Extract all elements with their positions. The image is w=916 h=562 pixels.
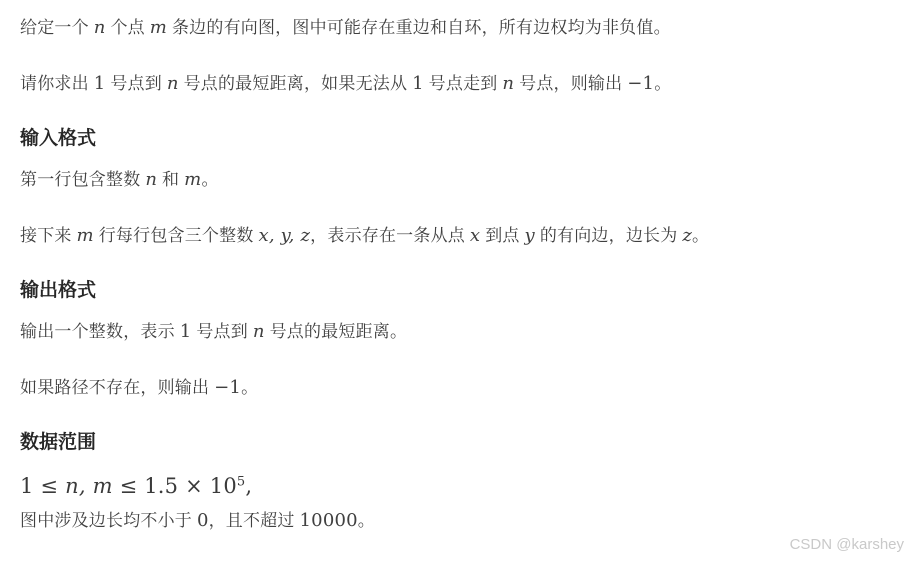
text-segment: 。 [201,170,218,189]
text-segment: n [145,169,157,190]
text-segment: 号点到 [105,74,166,93]
text-segment: 1 ≤ [20,474,65,498]
data-range-formula: 1 ≤ n, m ≤ 1.5 × 105, [20,471,896,502]
text-segment: 1 [412,73,424,94]
text-segment: 第一行包含整数 [20,170,145,189]
text-segment: 号点的最短距离。 [265,322,408,341]
text-segment: 的有向边，边长为 [535,226,682,245]
input-format-paragraph-1: 第一行包含整数 n 和 m。 [20,167,896,193]
input-format-heading: 输入格式 [20,127,896,151]
text-segment: 行每行包含三个整数 [94,226,259,245]
text-segment: n [253,321,265,342]
data-range-heading: 数据范围 [20,431,896,455]
input-format-paragraph-2: 接下来 m 行每行包含三个整数 x, y, z，表示存在一条从点 x 到点 y … [20,223,896,249]
text-segment: 1 [180,321,192,342]
data-range-paragraph: 图中涉及边长均不小于 0，且不超过 10000。 [20,508,896,534]
text-segment: ，表示存在一条从点 [310,226,470,245]
output-format-paragraph-1: 输出一个整数，表示 1 号点到 n 号点的最短距离。 [20,319,896,345]
text-segment: 号点到 [191,322,252,341]
text-segment: n [94,17,106,38]
text-segment: 如果路径不存在，则输出 [20,378,214,397]
text-segment: 输入格式 [20,128,96,149]
problem-statement-paragraph-1: 给定一个 n 个点 m 条边的有向图，图中可能存在重边和自环，所有边权均为非负值… [20,15,896,41]
text-segment: 1 [94,73,106,94]
text-segment: 0 [197,510,209,531]
text-segment: m [77,225,94,246]
text-segment: n, m [65,474,113,498]
text-segment: 号点走到 [424,74,503,93]
text-segment: z [682,225,692,246]
text-segment: 到点 [480,226,524,245]
text-segment: m [184,169,201,190]
text-segment: 请你求出 [20,74,94,93]
text-segment: 输出一个整数，表示 [20,322,180,341]
text-segment: ，且不超过 [209,511,300,530]
text-segment: n [502,73,514,94]
text-segment: 给定一个 [20,18,94,37]
problem-statement-paragraph-2: 请你求出 1 号点到 n 号点的最短距离，如果无法从 1 号点走到 n 号点，则… [20,71,896,97]
text-segment: 10000 [300,510,358,531]
text-segment: y [525,225,535,246]
csdn-watermark: CSDN @karshey [790,536,904,554]
text-segment: 个点 [106,18,150,37]
text-segment: x [470,225,480,246]
text-segment: 。 [654,74,671,93]
text-segment: 输出格式 [20,280,96,301]
output-format-paragraph-2: 如果路径不存在，则输出 −1。 [20,375,896,401]
text-segment: 和 [157,170,184,189]
text-segment: 接下来 [20,226,77,245]
text-segment: 。 [358,511,375,530]
text-segment: 号点的最短距离，如果无法从 [179,74,412,93]
text-segment: ≤ 1.5 × 10 [113,474,237,498]
text-segment: 图中涉及边长均不小于 [20,511,197,530]
text-segment: 。 [241,378,258,397]
text-segment: −1 [214,377,241,398]
text-segment: n [167,73,179,94]
text-segment: −1 [627,73,654,94]
output-format-heading: 输出格式 [20,279,896,303]
text-segment: x, y, z [258,225,310,246]
text-segment: 。 [692,226,709,245]
text-segment: , [245,474,252,498]
text-segment: m [150,17,167,38]
text-segment: 数据范围 [20,432,96,453]
text-segment: 号点，则输出 [514,74,627,93]
text-segment: 条边的有向图，图中可能存在重边和自环，所有边权均为非负值。 [167,18,671,37]
problem-statement: 给定一个 n 个点 m 条边的有向图，图中可能存在重边和自环，所有边权均为非负值… [0,0,916,534]
